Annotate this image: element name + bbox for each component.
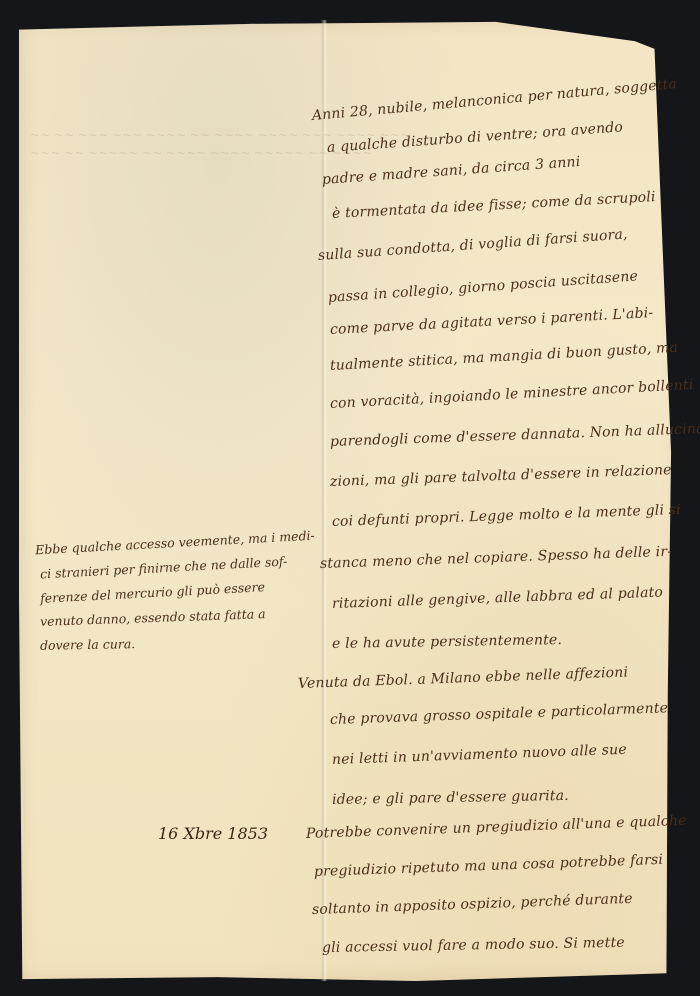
date-annotation: 16 Xbre 1853 [158, 824, 268, 843]
scanned-document: ~~ ~~ ~~~ ~~~ ~~~~ ~~ ~~~~ ~~~~ ~~~ ~~~~… [0, 0, 700, 996]
bleed-through-text: ~~~ ~~ ~~~~~ ~~ ~~~~ ~~~~ ~~~~~ ~~ ~~~~ [30, 146, 372, 160]
margin-note-line: dovere la cura. [40, 636, 135, 653]
